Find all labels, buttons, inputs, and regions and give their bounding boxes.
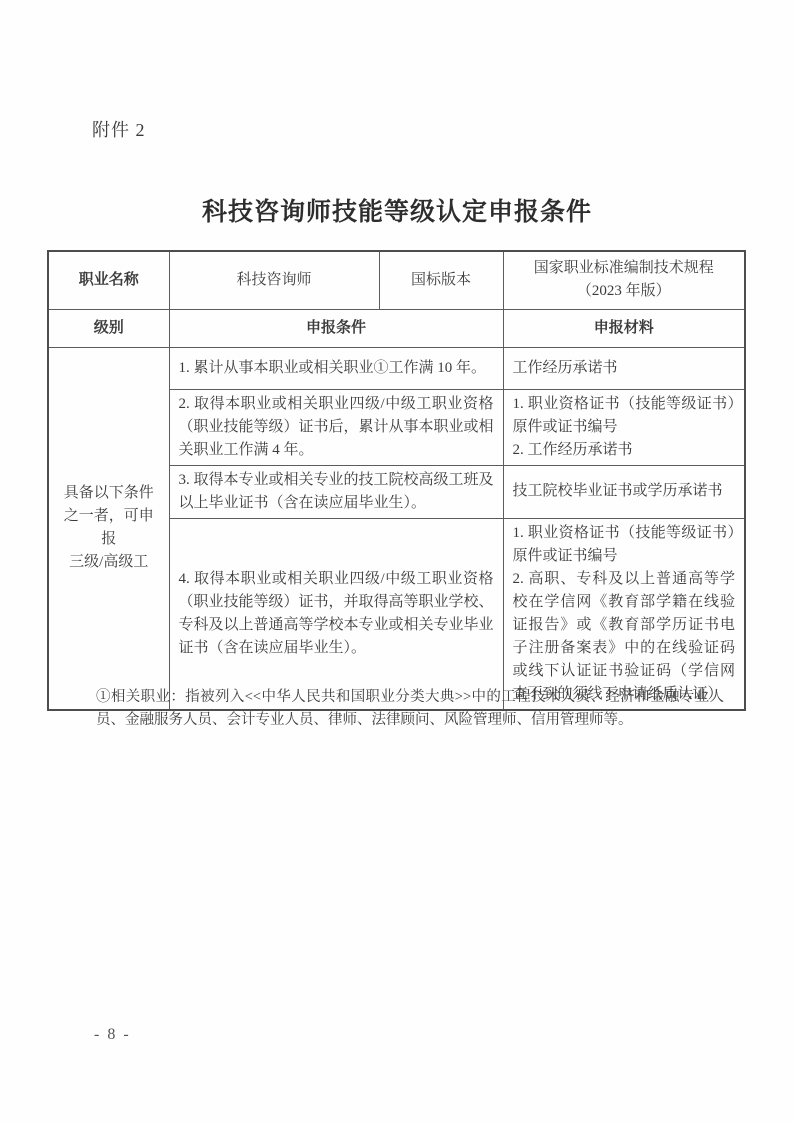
standard-value-cell: 国家职业标准编制技术规程 （2023 年版）: [503, 251, 745, 309]
table-row-occupation: 职业名称 科技咨询师 国标版本 国家职业标准编制技术规程 （2023 年版）: [48, 251, 745, 309]
materials-label-cell: 申报材料: [503, 309, 745, 347]
page-number: - 8 -: [94, 1026, 131, 1044]
materials-2-cell: 1. 职业资格证书（技能等级证书）原件或证书编号 2. 工作经历承诺书: [503, 389, 745, 465]
related-occupations-footnote: ①相关职业：指被列入<<中华人民共和国职业分类大典>>中的工程技术人员、经济和金…: [96, 686, 724, 732]
document-page: 附件 2 科技咨询师技能等级认定申报条件 职业名称 科技咨询师 国标版本 国家职…: [0, 0, 794, 1123]
standard-label-cell: 国标版本: [379, 251, 503, 309]
condition-3-cell: 3. 取得本专业或相关专业的技工院校高级工班及以上毕业证书（含在读应届毕业生）。: [169, 465, 503, 518]
table-row-condition-1: 具备以下条件 之一者，可申报 三级/高级工 1. 累计从事本职业或相关职业①工作…: [48, 347, 745, 389]
occupation-label-cell: 职业名称: [48, 251, 169, 309]
attachment-label: 附件 2: [92, 116, 146, 142]
materials-4-cell: 1. 职业资格证书（技能等级证书）原件或证书编号 2. 高职、专科及以上普通高等…: [503, 518, 745, 710]
condition-1-cell: 1. 累计从事本职业或相关职业①工作满 10 年。: [169, 347, 503, 389]
occupation-value-cell: 科技咨询师: [169, 251, 379, 309]
level-label-cell: 级别: [48, 309, 169, 347]
table-row-column-headers: 级别 申报条件 申报材料: [48, 309, 745, 347]
condition-2-cell: 2. 取得本职业或相关职业四级/中级工职业资格（职业技能等级）证书后，累计从事本…: [169, 389, 503, 465]
conditions-label-cell: 申报条件: [169, 309, 503, 347]
level-description-cell: 具备以下条件 之一者，可申报 三级/高级工: [48, 347, 169, 710]
materials-1-cell: 工作经历承诺书: [503, 347, 745, 389]
doc-title: 科技咨询师技能等级认定申报条件: [0, 192, 794, 228]
materials-3-cell: 技工院校毕业证书或学历承诺书: [503, 465, 745, 518]
condition-4-cell: 4. 取得本职业或相关职业四级/中级工职业资格（职业技能等级）证书，并取得高等职…: [169, 518, 503, 710]
conditions-table: 职业名称 科技咨询师 国标版本 国家职业标准编制技术规程 （2023 年版） 级…: [47, 250, 746, 711]
